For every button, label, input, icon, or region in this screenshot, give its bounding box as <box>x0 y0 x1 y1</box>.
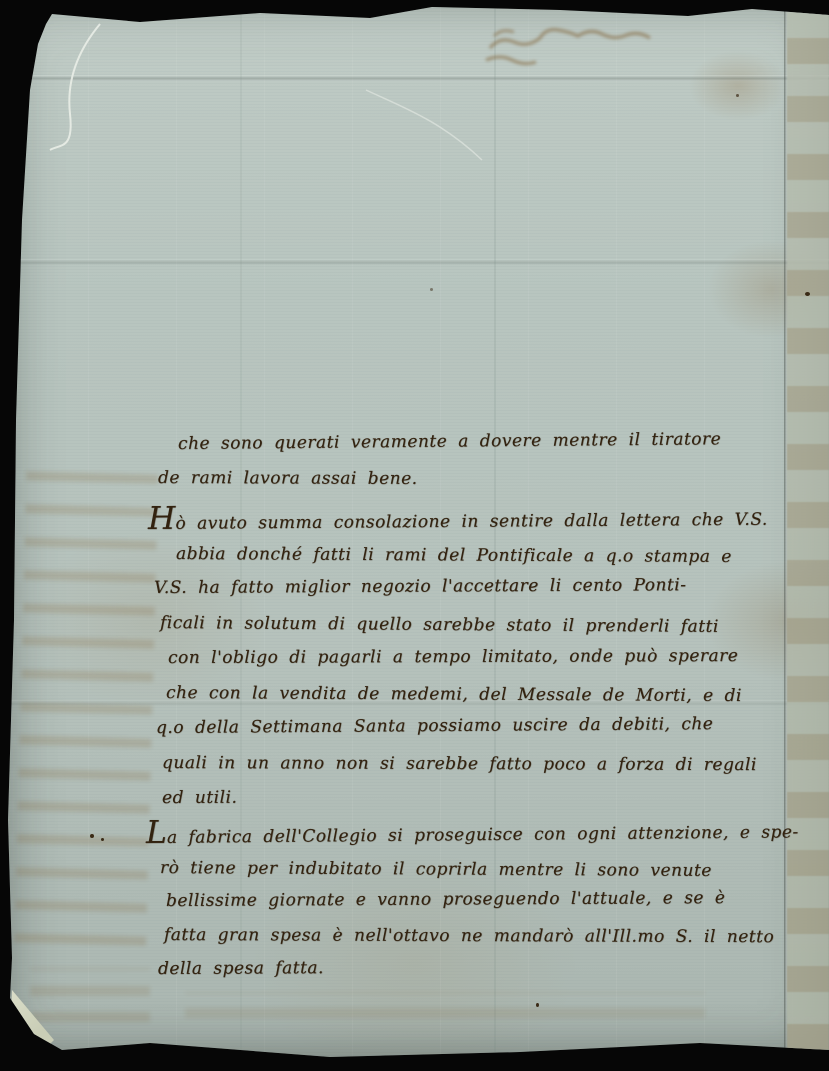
manuscript-line: V.S. ha fatto miglior negozio l'accettar… <box>154 573 687 600</box>
manuscript-line: che sono querati veramente a dovere ment… <box>178 427 721 456</box>
letter-text-block: che sono querati veramente a dovere ment… <box>0 0 829 1071</box>
manuscript-line: ed utili. <box>162 786 237 810</box>
manuscript-line: rò tiene per indubitato il coprirla ment… <box>160 856 712 883</box>
manuscript-line: che con la vendita de medemi, del Messal… <box>166 681 742 708</box>
manuscript-line: La fabrica dell'Collegio si proseguisce … <box>146 816 799 850</box>
manuscript-line: q.o della Settimana Santa possiamo uscir… <box>156 712 713 740</box>
manuscript-line: fatta gran spesa è nell'ottavo ne mandar… <box>164 923 774 949</box>
scan-background: che sono querati veramente a dovere ment… <box>0 0 829 1071</box>
manuscript-line: de rami lavora assai bene. <box>158 466 418 491</box>
manuscript-line: della spesa fatta. <box>158 956 324 981</box>
manuscript-line: quali in un anno non si sarebbe fatto po… <box>162 751 757 777</box>
manuscript-line: bellissime giornate e vanno proseguendo … <box>166 886 726 913</box>
manuscript-line: ficali in solutum di quello sarebbe stat… <box>160 611 719 639</box>
manuscript-line: con l'obligo di pagarli a tempo limitato… <box>168 644 738 670</box>
manuscript-line: Hò avuto summa consolazione in sentire d… <box>148 504 768 536</box>
manuscript-line: abbia donché fatti li rami del Pontifica… <box>176 542 732 569</box>
manuscript-page: che sono querati veramente a dovere ment… <box>0 0 829 1071</box>
